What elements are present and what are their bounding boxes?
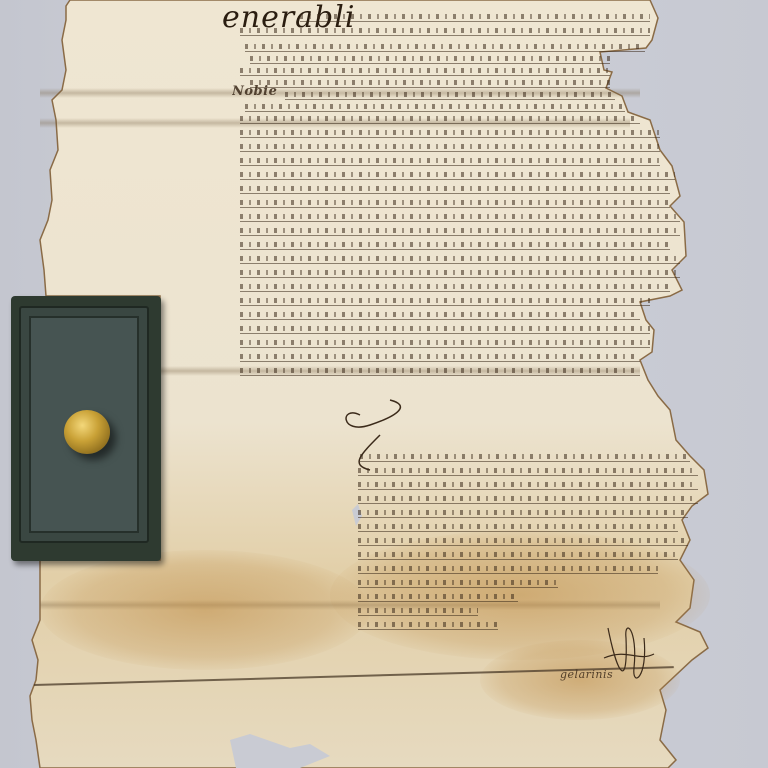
paperweight[interactable] xyxy=(11,296,161,561)
water-stain xyxy=(40,550,370,670)
subscription-word: gelarinis xyxy=(560,668,613,681)
paperweight-top xyxy=(29,316,139,533)
brass-knob-icon[interactable] xyxy=(64,410,110,454)
decorative-initial xyxy=(330,395,450,475)
paperweight-frame xyxy=(19,306,149,543)
